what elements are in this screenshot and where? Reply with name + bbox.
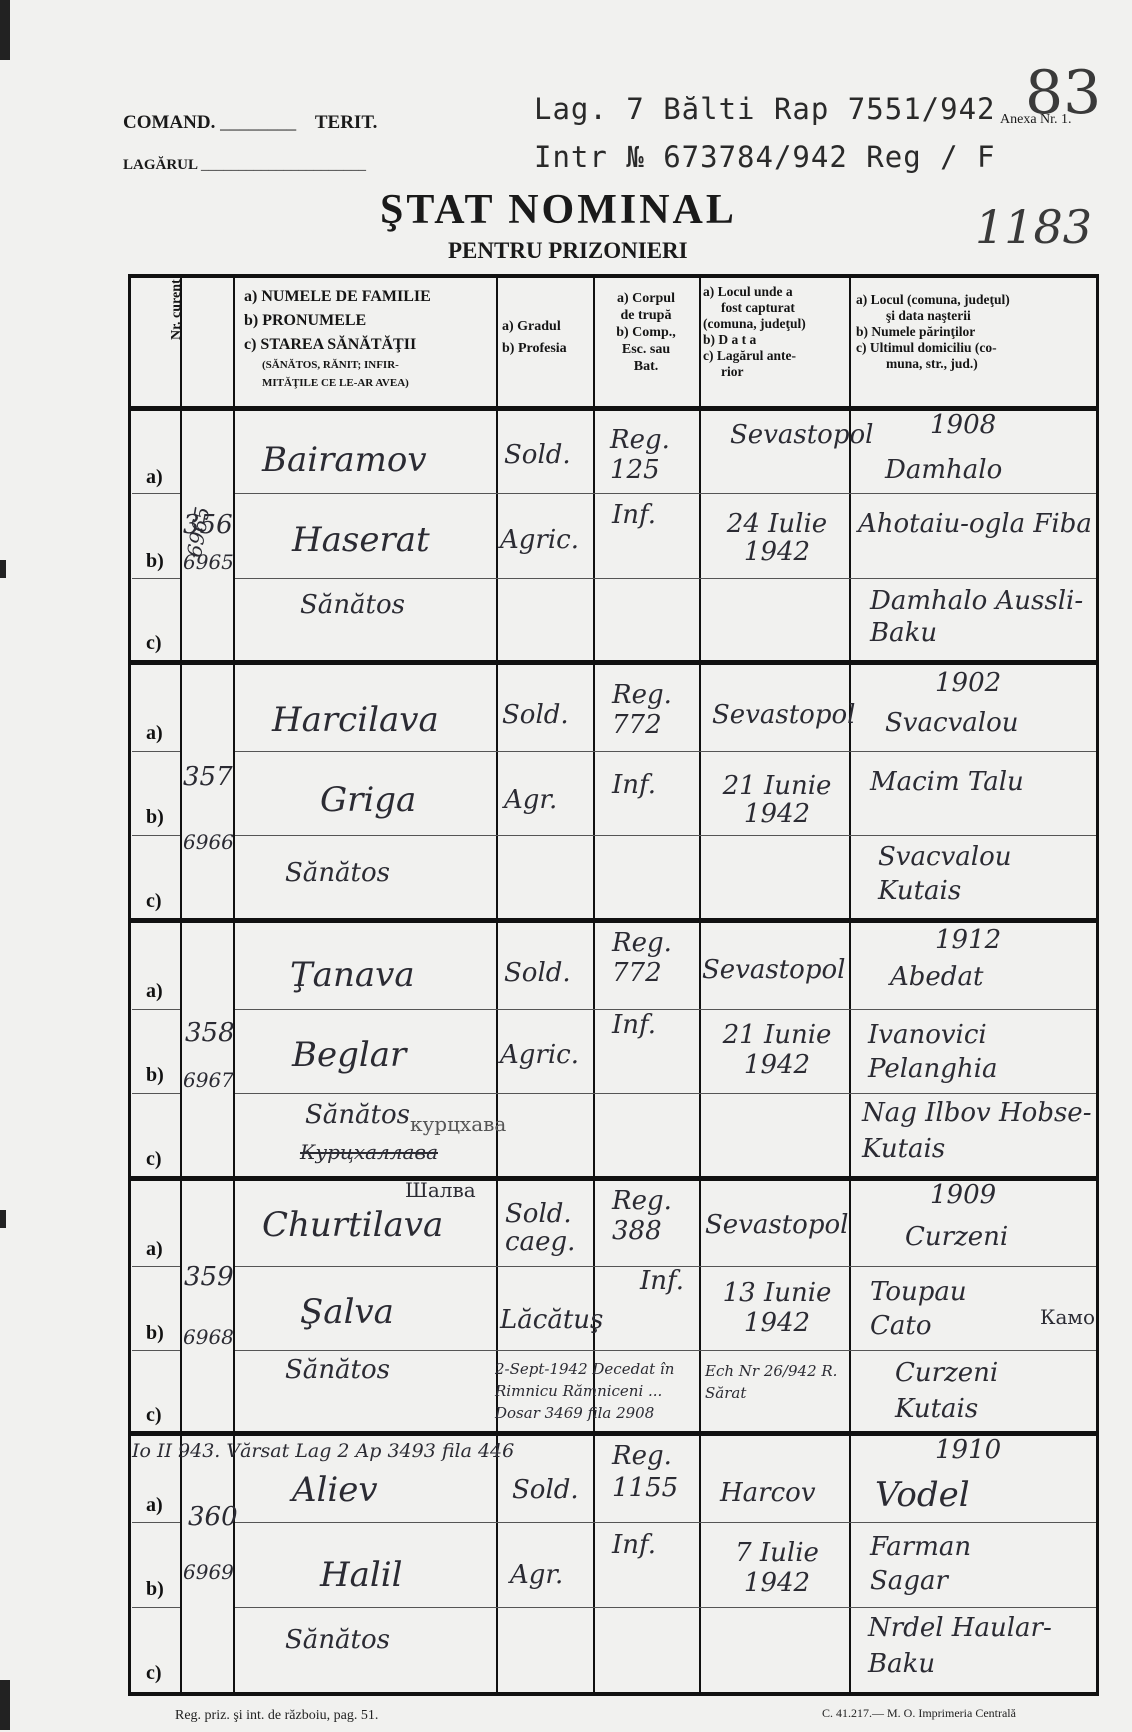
birth-year: 1908 (930, 410, 996, 440)
entry-nr2: 6967 (183, 1068, 234, 1092)
rank: Sold. (504, 958, 571, 988)
death-note: 2-Sept-1942 Decedat în Rimnicu Rămniceni… (495, 1358, 700, 1424)
entry-nr2: 6969 (183, 1560, 234, 1584)
row-label-b: b) (146, 806, 164, 829)
capture-place: Harcov (720, 1478, 816, 1508)
capture-place: Sevastopol (705, 1210, 848, 1240)
rank: Sold. caeg. (505, 1200, 575, 1256)
lagarul-label: LAGĂRUL ______________________ (123, 157, 366, 174)
stamp-line-1: Lag. 7 Bălti Rap 7551/942 (534, 92, 996, 126)
family-name-note: Шалва (405, 1178, 476, 1202)
header-birth: a) Locul (comuna, judeţul) şi data naşte… (856, 292, 1096, 372)
health: Sănătos (285, 858, 390, 888)
row-label-a: a) (146, 1494, 163, 1517)
lagarul-blank: ______________________ (201, 157, 366, 173)
parents: Macim Talu (870, 765, 1070, 799)
side-note: Камо (1040, 1305, 1095, 1329)
entry-nr2: 6968 (183, 1325, 234, 1349)
page-title: ŞTAT NOMINAL (380, 186, 737, 234)
page-number-top: 83 (1025, 58, 1101, 128)
family-name: Ţanava (290, 955, 415, 995)
row-label-b: b) (146, 1322, 164, 1345)
capture-date: 24 Iulie 1942 (712, 510, 842, 566)
birth-year: 1910 (935, 1435, 1001, 1465)
birth-place: Curzeni (905, 1222, 1008, 1252)
table-right-border (1096, 274, 1099, 1696)
unit-a: Reg. 388 (612, 1186, 672, 1246)
row-label-b: b) (146, 550, 164, 573)
birth-year: 1902 (935, 668, 1001, 698)
header-unit: a) Corpul de trupă b) Comp., Esc. sau Ba… (598, 290, 694, 375)
profession: Lăcătuş (500, 1305, 603, 1335)
col-divider (233, 274, 235, 1694)
first-name: Beglar (292, 1035, 406, 1075)
unit-b: Inf. (612, 1530, 656, 1560)
col-divider (593, 274, 595, 1694)
health: Sănătos (300, 590, 405, 620)
row-label-c: c) (146, 1662, 162, 1685)
unit-a: Reg. 125 (610, 425, 670, 485)
rank: Sold. (504, 440, 571, 470)
unit-a: Reg. 1155 (612, 1440, 682, 1504)
profession: Agr. (510, 1560, 563, 1590)
parents: Ivanovici Pelanghia (868, 1018, 1078, 1086)
col-divider (849, 274, 851, 1694)
birth-year: 1909 (930, 1180, 996, 1210)
row-label-c: c) (146, 890, 162, 913)
row-label-b: b) (146, 1578, 164, 1601)
parents: Ahotaiu-ogla Fiba (858, 508, 1094, 540)
page-subtitle: PENTRU PRIZONIERI (448, 238, 688, 264)
parents: Farman Sagar (870, 1530, 990, 1598)
capture-place: Sevastopol (702, 955, 845, 985)
row-label-c: c) (146, 1404, 162, 1427)
col-divider (180, 274, 182, 1694)
entry-divider (130, 660, 1098, 665)
entry-nr: 360 (188, 1502, 238, 1532)
table-left-border (128, 274, 131, 1696)
row-label-a: a) (146, 466, 163, 489)
birth-place: Damhalo (885, 455, 1002, 485)
health-note: курцхава (410, 1112, 506, 1136)
comand-blank: ________ (220, 112, 296, 133)
domicile: Nrdel Haular-Baku (868, 1610, 1094, 1682)
entry-nr: 357 (183, 762, 233, 792)
birth-place: Abedat (890, 962, 983, 992)
header-nr-curent: Nr. curent (168, 260, 186, 340)
unit-b: Inf. (612, 770, 656, 800)
first-name: Haserat (292, 520, 430, 560)
family-name: Aliev (292, 1470, 378, 1510)
capture-date: 21 Iunie 1942 (712, 772, 842, 828)
profession: Agric. (500, 1040, 579, 1070)
page-number-bottom: 1183 (975, 200, 1092, 254)
first-name: Şalva (300, 1292, 394, 1332)
unit-b: Inf. (612, 1010, 656, 1040)
unit-a: Reg. 772 (612, 680, 672, 740)
unit-b: Inf. (640, 1266, 684, 1296)
first-name: Griga (320, 780, 416, 820)
capture-date: 13 Iunie 1942 (712, 1278, 842, 1338)
domicile: Svacvalou Kutais (878, 840, 1093, 908)
row-label-b: b) (146, 1064, 164, 1087)
capture-date: 7 Iulie 1942 (712, 1538, 842, 1598)
row-label-c: c) (146, 632, 162, 655)
row-label-a: a) (146, 1238, 163, 1261)
terit-label: TERIT. (315, 112, 377, 133)
death-ref: Ech Nr 26/942 R. Sărat (705, 1360, 845, 1404)
domicile: Damhalo Aussli-Baku (870, 585, 1095, 649)
header-rank: a) Gradul b) Profesia (502, 318, 592, 358)
table-top-border (130, 274, 1098, 278)
comand-label: COMAND. ________ TERIT. (123, 112, 377, 134)
entry-nr2: 6966 (183, 830, 234, 854)
binding-mark (0, 1680, 10, 1730)
binding-mark (0, 560, 6, 578)
entry-nr2: 6965 (183, 550, 234, 574)
birth-year: 1912 (935, 925, 1001, 955)
header-name: a) NUMELE DE FAMILIE b) PRONUMELE c) STA… (244, 288, 492, 392)
domicile: Nag Ilbov Hobse-Kutais (862, 1095, 1096, 1167)
first-name: Halil (320, 1555, 403, 1595)
footer-right: C. 41.217.— M. O. Imprimeria Centrală (822, 1706, 1016, 1721)
domicile: Curzeni Kutais (895, 1355, 1075, 1427)
table-bottom-border (130, 1692, 1098, 1696)
binding-mark (0, 1210, 6, 1228)
birth-place: Svacvalou (885, 708, 1018, 738)
entry-nr: 359 (184, 1262, 234, 1292)
header-capture: a) Locul unde a fost capturat (comuna, j… (703, 284, 849, 380)
col-divider (496, 274, 498, 1694)
entry-divider (130, 918, 1098, 923)
row-label-a: a) (146, 980, 163, 1003)
health: Sănătos (285, 1625, 390, 1655)
profession: Agr. (504, 785, 557, 815)
profession: Agric. (500, 525, 579, 555)
capture-place: Sevastopol (730, 420, 873, 450)
footer-left: Reg. priz. şi int. de războiu, pag. 51. (175, 1708, 378, 1724)
stamp-line-2: Intr № 673784/942 Reg / F (534, 140, 996, 174)
row-label-a: a) (146, 722, 163, 745)
rank: Sold. (512, 1475, 579, 1505)
unit-b: Inf. (612, 500, 656, 530)
capture-date: 21 Iunie 1942 (712, 1020, 842, 1080)
health: Sănătos (305, 1100, 410, 1130)
rank: Sold. (502, 700, 569, 730)
capture-place: Sevastopol (712, 700, 855, 730)
family-name: Bairamov (262, 440, 427, 480)
entry-nr: 358 (185, 1018, 235, 1048)
health: Sănătos (285, 1355, 390, 1385)
family-name: Harcilava (272, 700, 439, 740)
transfer-note: Io II 943. Vărsat Lag 2 Ap 3493 fila 446 (132, 1440, 514, 1462)
parents: Toupau Cato (870, 1275, 990, 1343)
col-divider (699, 274, 701, 1694)
row-label-c: c) (146, 1148, 162, 1171)
binding-mark (0, 0, 10, 60)
unit-a: Reg. 772 (612, 928, 672, 988)
health-struck: Курцхаллава (300, 1140, 438, 1164)
family-name: Churtilava (262, 1205, 443, 1245)
birth-place: Vodel (875, 1475, 970, 1515)
